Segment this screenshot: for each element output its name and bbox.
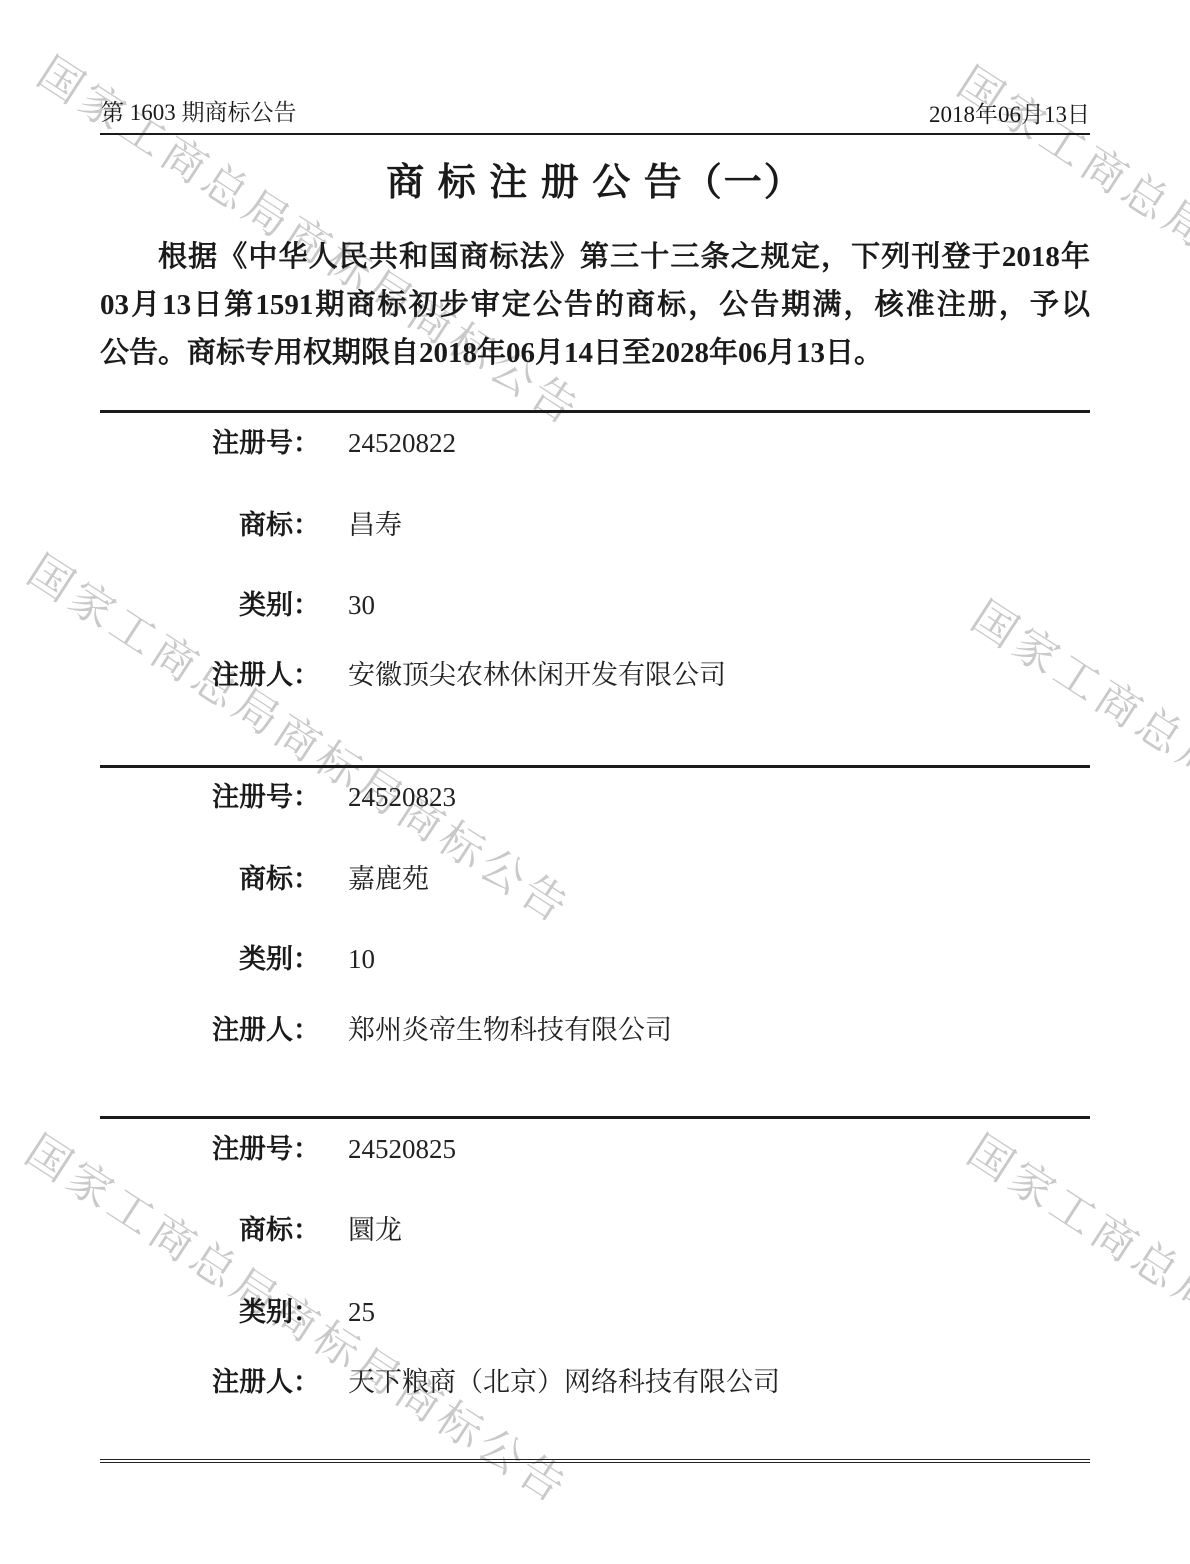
intro-paragraph: 根据《中华人民共和国商标法》第三十三条之规定，下列刊登于2018年 03月13日…: [100, 233, 1090, 377]
field-row-registrant: 注册人：天下粮商（北京）网络科技有限公司: [100, 1366, 1090, 1398]
field-value-registrant: 安徽顶尖农林休闲开发有限公司: [348, 659, 726, 691]
field-value-trademark: 昌寿: [348, 509, 402, 541]
field-row-trademark: 商标：昌寿: [100, 509, 1090, 541]
gazette-page: 国家工商总局商标局商标公告 国家工商总局商标局商标公告 国家工商总局商标局商标公…: [0, 0, 1190, 1564]
intro-line-3: 公告。商标专用权期限自2018年06月14日至2028年06月13日。: [100, 329, 1090, 377]
field-value-trademark: 圜龙: [348, 1214, 402, 1246]
field-row-trademark: 商标：嘉鹿苑: [100, 863, 1090, 895]
field-row-category: 类别：10: [100, 943, 1090, 975]
field-value-reg-no: 24520822: [348, 427, 456, 459]
field-row-category: 类别：30: [100, 589, 1090, 621]
field-value-reg-no: 24520823: [348, 781, 456, 813]
entry-divider: [100, 765, 1090, 768]
field-row-reg-no: 注册号：24520822: [100, 427, 1090, 459]
header-issue-number: 第 1603 期商标公告: [101, 94, 297, 127]
field-value-category: 10: [348, 943, 375, 975]
field-row-registrant: 注册人：郑州炎帝生物科技有限公司: [100, 1014, 1090, 1046]
field-label-category: 类别：: [100, 1296, 320, 1328]
intro-line-2: 03月13日第1591期商标初步审定公告的商标，公告期满，核准注册，予以: [100, 281, 1090, 329]
field-row-reg-no: 注册号：24520825: [100, 1133, 1090, 1165]
entry-divider: [100, 410, 1090, 413]
field-value-reg-no: 24520825: [348, 1133, 456, 1165]
field-label-registrant: 注册人：: [100, 659, 320, 691]
field-row-category: 类别：25: [100, 1296, 1090, 1328]
field-label-category: 类别：: [100, 589, 320, 621]
field-row-reg-no: 注册号：24520823: [100, 781, 1090, 813]
field-row-trademark: 商标：圜龙: [100, 1214, 1090, 1246]
entry-divider: [100, 1116, 1090, 1119]
header-date: 2018年06月13日: [929, 96, 1090, 129]
intro-line-1: 根据《中华人民共和国商标法》第三十三条之规定，下列刊登于2018年: [100, 233, 1090, 281]
page-bottom-rule: [100, 1459, 1090, 1463]
field-value-category: 30: [348, 589, 375, 621]
field-value-category: 25: [348, 1296, 375, 1328]
field-label-trademark: 商标：: [100, 863, 320, 895]
field-label-trademark: 商标：: [100, 509, 320, 541]
field-label-reg-no: 注册号：: [100, 1133, 320, 1165]
field-label-registrant: 注册人：: [100, 1366, 320, 1398]
field-value-registrant: 天下粮商（北京）网络科技有限公司: [348, 1366, 780, 1398]
field-label-registrant: 注册人：: [100, 1014, 320, 1046]
header-rule: [100, 133, 1090, 135]
field-label-category: 类别：: [100, 943, 320, 975]
field-row-registrant: 注册人：安徽顶尖农林休闲开发有限公司: [100, 659, 1090, 691]
field-value-trademark: 嘉鹿苑: [348, 863, 429, 895]
page-title: 商 标 注 册 公 告（一）: [0, 151, 1190, 206]
field-label-trademark: 商标：: [100, 1214, 320, 1246]
field-label-reg-no: 注册号：: [100, 781, 320, 813]
field-value-registrant: 郑州炎帝生物科技有限公司: [348, 1014, 672, 1046]
field-label-reg-no: 注册号：: [100, 427, 320, 459]
